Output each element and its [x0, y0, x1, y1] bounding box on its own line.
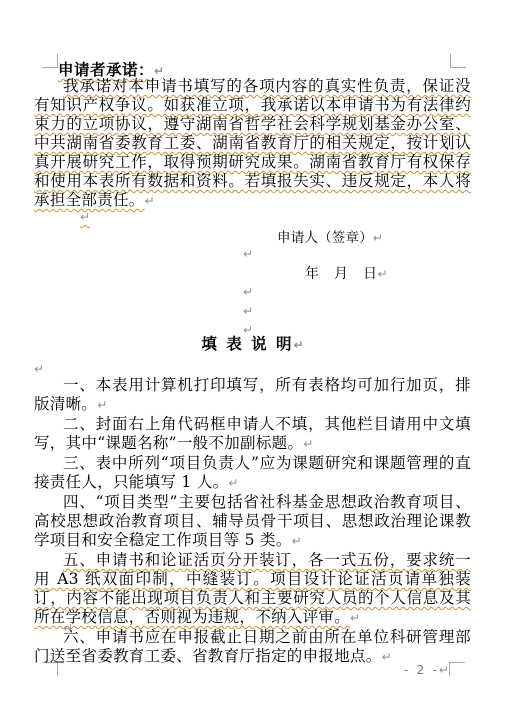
paragraph-mark-icon: ↵: [228, 476, 238, 490]
empty-paragraph: ↵: [243, 243, 253, 264]
paragraph-mark-icon: ↵: [378, 267, 388, 281]
commitment-paragraph: 我承诺对本申请书填写的各项内容的真实性负责，保证没有知识产权争议。如获准立项，我…: [34, 77, 471, 211]
fill-instructions-title-text: 填 表 说 明: [201, 334, 293, 353]
crop-mark-top-left-icon: [42, 54, 58, 68]
paragraph-mark-icon: ↵: [373, 231, 383, 245]
fill-instructions-list: 一、本表用计算机打印填写，所有表格均可加行加页，排版清晰。↵ 二、封面右上角代码…: [34, 376, 471, 667]
instruction-item-1: 一、本表用计算机打印填写，所有表格均可加行加页，排版清晰。↵: [34, 376, 471, 415]
paragraph-mark-icon: ↵: [243, 285, 253, 299]
paragraph-mark-icon: ↵: [243, 247, 253, 261]
instruction-text: 五、申请书和论证活页分开装订，各一式五份，要求统一用 A3 纸双面印制，中缝装订…: [34, 551, 471, 626]
page-number-text: - 2 -: [404, 662, 439, 677]
empty-paragraph: ↵: [80, 206, 90, 227]
page-number: - 2 -↵: [404, 662, 449, 677]
paragraph-mark-icon: ↵: [294, 338, 304, 352]
paragraph-mark-icon: ↵: [80, 210, 90, 224]
crop-mark-top-right-icon: [450, 54, 466, 68]
paragraph-mark-icon: ↵: [382, 650, 392, 664]
empty-paragraph: ↵: [243, 281, 253, 302]
paragraph-mark-icon: ↵: [154, 64, 164, 78]
instruction-text: 四、“项目类型”主要包括省社科基金思想政治教育项目、高校思想政治教育项目、辅导员…: [34, 493, 471, 549]
paragraph-mark-icon: ↵: [439, 663, 449, 677]
date-placeholder: 年 月 日: [305, 266, 378, 282]
fill-instructions-title: 填 表 说 明↵: [34, 332, 471, 354]
instruction-item-4: 四、“项目类型”主要包括省社科基金思想政治教育项目、高校思想政治教育项目、辅导员…: [34, 493, 471, 551]
instruction-item-3: 三、表中所列“项目负责人”应为课题研究和课题管理的直接责任人，只能填写 1 人。…: [34, 454, 471, 493]
paragraph-mark-icon: ↵: [34, 362, 44, 376]
commitment-text: 我承诺对本申请书填写的各项内容的真实性负责，保证没有知识产权争议。如获准立项，我…: [34, 77, 471, 209]
paragraph-mark-icon: ↵: [97, 398, 107, 412]
paragraph-mark-icon: ↵: [350, 611, 360, 625]
paragraph-mark-icon: ↵: [145, 194, 155, 208]
paragraph-mark-icon: ↵: [303, 437, 313, 451]
paragraph-mark-icon: ↵: [63, 621, 73, 635]
instruction-item-5: 五、申请书和论证活页分开装订，各一式五份，要求统一用 A3 纸双面印制，中缝装订…: [34, 551, 471, 628]
document-page: 申请者承诺：↵ 我承诺对本申请书填写的各项内容的真实性负责，保证没有知识产权争议…: [0, 0, 508, 719]
signature-label: 申请人（签章）: [277, 230, 373, 246]
empty-paragraph: ↵: [63, 617, 73, 638]
empty-paragraph: ↵: [243, 300, 253, 321]
paragraph-mark-icon: ↵: [243, 304, 253, 318]
date-line: 年 月 日↵: [305, 263, 388, 283]
paragraph-mark-icon: ↵: [292, 534, 302, 548]
instruction-text: 六、申请书应在申报截止日期之前由所在单位科研管理部门送至省委教育工委、省教育厅指…: [34, 628, 471, 665]
applicant-signature-line: 申请人（签章）↵: [277, 226, 383, 246]
instruction-text: 二、封面右上角代码框申请人不填，其他栏目请用中文填写，其中“课题名称”一般不加副…: [34, 415, 471, 452]
instruction-item-2: 二、封面右上角代码框申请人不填，其他栏目请用中文填写，其中“课题名称”一般不加副…: [34, 415, 471, 454]
instruction-text: 三、表中所列“项目负责人”应为课题研究和课题管理的直接责任人，只能填写 1 人。: [34, 454, 471, 491]
